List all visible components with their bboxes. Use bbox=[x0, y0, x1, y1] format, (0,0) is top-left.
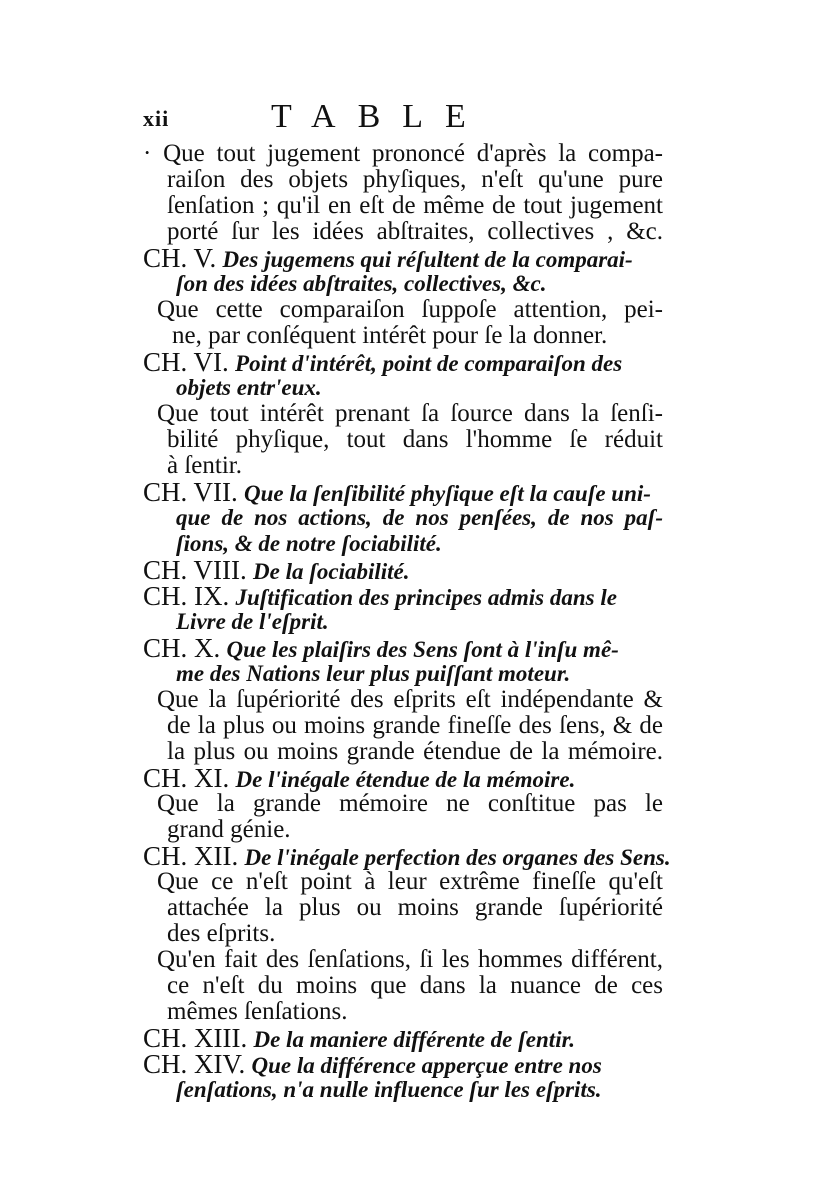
entry-line: raiſon des objets phyſiques, n'eſt qu'un… bbox=[167, 166, 663, 194]
toc-entry-text: · Que tout jugement prononcé d'après la … bbox=[143, 140, 663, 168]
entry-line: Que ce n'eſt point à leur extrême fineſſ… bbox=[157, 868, 663, 896]
entry-line: ſenſation ; qu'il en eſt de même de tout… bbox=[167, 192, 663, 220]
toc-entry-text: grand génie. bbox=[167, 816, 291, 844]
chapter-title: De la ſociabilité. bbox=[253, 559, 410, 584]
entry-line: Que la ſupériorité des eſprits eſt indép… bbox=[157, 686, 663, 714]
chapter-title-cont: Livre de l'eſprit. bbox=[176, 608, 329, 636]
entry-line: Que tout intérêt prenant ſa ſource dans … bbox=[157, 400, 663, 428]
chapter-label: CH. V. bbox=[143, 243, 216, 273]
chapter-label: CH. VI. bbox=[143, 347, 229, 377]
chapter-title: Que les plaiſirs des Sens ſont à l'inſu … bbox=[227, 637, 619, 662]
chapter-label: CH. XIV. bbox=[143, 1049, 245, 1079]
chapter-title: De l'inégale étendue de la mémoire. bbox=[236, 767, 576, 792]
chapter-title: que de nos actions, de nos penſées, de n… bbox=[176, 504, 663, 532]
toc-entry-text: ne, par conſéquent intérêt pour ſe la do… bbox=[172, 322, 607, 350]
chapter-title: De la maniere différente de ſentir. bbox=[253, 1027, 575, 1052]
toc-entry-text: Que ce n'eſt point à leur extrême fineſſ… bbox=[157, 868, 663, 896]
toc-entry-text: Que tout intérêt prenant ſa ſource dans … bbox=[157, 400, 663, 428]
chapter-title: Point d'intérêt, point de comparaiſon de… bbox=[235, 351, 622, 376]
chapter-title-cont: objets entr'eux. bbox=[176, 374, 322, 402]
entry-line: ne, par conſéquent intérêt pour ſe la do… bbox=[172, 322, 607, 349]
chapter-label: CH. XI. bbox=[143, 763, 229, 793]
chapter-title-cont: ſon des idées abſtraites, collectives, &… bbox=[176, 270, 546, 298]
entry-line: bilité phyſique, tout dans l'homme ſe ré… bbox=[167, 426, 663, 454]
toc-entry-text: porté ſur les idées abſtraites, collecti… bbox=[167, 218, 663, 246]
entry-line: des eſprits. bbox=[167, 920, 275, 947]
toc-entry-text: de la plus ou moins grande fineſſe des ſ… bbox=[167, 712, 663, 740]
toc-entry-text: bilité phyſique, tout dans l'homme ſe ré… bbox=[167, 426, 663, 454]
entry-line: porté ſur les idées abſtraites, collecti… bbox=[167, 218, 663, 246]
toc-entry-text: Que la ſupériorité des eſprits eſt indép… bbox=[157, 686, 663, 714]
chapter-title: objets entr'eux. bbox=[176, 375, 322, 400]
chapter-title: De l'inégale perfection des organes des … bbox=[245, 845, 671, 870]
entry-line: grand génie. bbox=[167, 816, 291, 843]
chapter-title: me des Nations leur plus puiſſant moteur… bbox=[176, 661, 570, 686]
chapter-title: ſions, & de notre ſociabilité. bbox=[176, 531, 442, 556]
chapter-title: Que la ſenſibilité phyſique eſt la cauſe… bbox=[244, 481, 651, 506]
chapter-title-cont: me des Nations leur plus puiſſant moteur… bbox=[176, 660, 570, 688]
entry-line: Que cette comparaiſon ſuppoſe attention,… bbox=[157, 296, 663, 324]
chapter-label: CH. VII. bbox=[143, 477, 238, 507]
book-page: xii TABLE · Que tout jugement prononcé d… bbox=[0, 0, 840, 1191]
chapter-title-cont: ſenſations, n'a nulle influence ſur les … bbox=[176, 1076, 602, 1104]
page-number: xii bbox=[143, 106, 169, 132]
toc-entry-text: ſenſation ; qu'il en eſt de même de tout… bbox=[167, 192, 663, 220]
toc-entry-text: la plus ou moins grande étendue de la mé… bbox=[167, 738, 663, 766]
entry-line: la plus ou moins grande étendue de la mé… bbox=[167, 738, 663, 766]
toc-entry-text: des eſprits. bbox=[167, 920, 275, 948]
entry-line: à ſentir. bbox=[167, 452, 242, 479]
toc-entry-text: attachée la plus ou moins grande ſupério… bbox=[167, 894, 663, 922]
chapter-title: ſenſations, n'a nulle influence ſur les … bbox=[176, 1077, 602, 1102]
toc-entry-text: à ſentir. bbox=[167, 452, 242, 480]
toc-entry-text: mêmes ſenſations. bbox=[167, 998, 348, 1026]
entry-line: mêmes ſenſations. bbox=[167, 998, 348, 1025]
toc-entry-text: Que la grande mémoire ne conſtitue pas l… bbox=[157, 790, 663, 818]
toc-entry-text: Qu'en fait des ſenſations, ſi les hommes… bbox=[157, 946, 663, 974]
chapter-label: CH. XII. bbox=[143, 841, 238, 871]
chapter-title-cont: que de nos actions, de nos penſées, de n… bbox=[176, 504, 663, 532]
page-header: xii TABLE bbox=[143, 98, 663, 134]
chapter-label: CH. IX. bbox=[143, 581, 229, 611]
entry-line: attachée la plus ou moins grande ſupério… bbox=[167, 894, 663, 922]
toc-entry-text: raiſon des objets phyſiques, n'eſt qu'un… bbox=[167, 166, 663, 194]
entry-line: · Que tout jugement prononcé d'après la … bbox=[143, 140, 663, 168]
chapter-title-cont: ſions, & de notre ſociabilité. bbox=[176, 530, 442, 558]
chapter-label: CH. X. bbox=[143, 633, 220, 663]
chapter-title: Juſtification des principes admis dans l… bbox=[236, 585, 617, 610]
chapter-title: Des jugemens qui réſultent de la compara… bbox=[223, 247, 633, 272]
chapter-title: Livre de l'eſprit. bbox=[176, 609, 329, 634]
entry-line: de la plus ou moins grande fineſſe des ſ… bbox=[167, 712, 663, 740]
entry-line: ce n'eſt du moins que dans la nuance de … bbox=[167, 972, 663, 1000]
entry-line: Que la grande mémoire ne conſtitue pas l… bbox=[157, 790, 663, 818]
entry-line: Qu'en fait des ſenſations, ſi les hommes… bbox=[157, 946, 663, 974]
running-title: TABLE bbox=[271, 98, 488, 136]
chapter-title: Que la différence apperçue entre nos bbox=[252, 1053, 602, 1078]
toc-entry-text: Que cette comparaiſon ſuppoſe attention,… bbox=[157, 296, 663, 324]
toc-entry-text: ce n'eſt du moins que dans la nuance de … bbox=[167, 972, 663, 1000]
chapter-title: ſon des idées abſtraites, collectives, &… bbox=[176, 271, 546, 296]
